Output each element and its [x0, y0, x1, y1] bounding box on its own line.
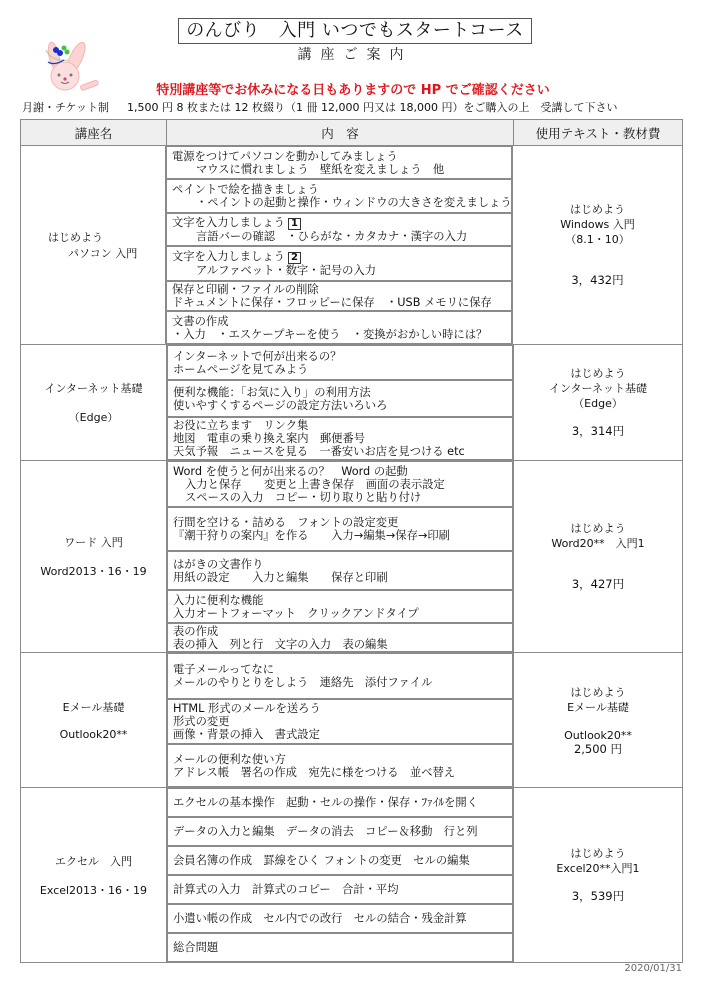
content-line: 会員名簿の作成 罫線をひく フォントの変更 セルの編集 — [173, 854, 512, 867]
content-line: 画像・背景の挿入 書式設定 — [173, 728, 512, 741]
content-line: 文字を入力しましょう1 — [172, 216, 511, 230]
content-line: HTML 形式のメールを送ろう — [173, 702, 512, 715]
material-line: （8.1・10） — [565, 232, 630, 247]
content-item: メールの便利な使い方 アドレス帳 署名の作成 宛先に様をつける 並べ替え — [167, 744, 513, 787]
material-info: はじめよう Excel20**入門1 3，539円 — [514, 788, 682, 962]
content-item: ペイントで絵を描きましょう ・ペイントの起動と操作・ウィンドウの大きさを変えまし… — [166, 179, 512, 213]
content-line: メールのやりとりをしよう 連絡先 添付ファイル — [173, 676, 512, 689]
content-line: 言語バーの確認 ・ひらがな・カタカナ・漢字の入力 — [172, 230, 511, 243]
content-line: アルファベット・数字・記号の入力 — [172, 264, 511, 277]
material-price: 3，432円 — [571, 273, 623, 288]
material-line: インターネット基礎 — [549, 381, 647, 396]
material-line: Excel20**入門1 — [556, 861, 639, 876]
material-line: はじめよう — [570, 202, 625, 217]
content-line: 表の作成 — [173, 625, 512, 638]
content-line: 天気予報 ニュースを見る 一番安いお店を見つける etc — [173, 445, 512, 458]
content-item: エクセルの基本操作 起動・セルの操作・保存・ﾌｧｲﾙを開く — [167, 788, 513, 817]
content-line: インターネットで何が出来るの？ — [173, 350, 512, 363]
course-row-word: ワード 入門 Word2013・16・19 Word を使うと何が出来るの？ W… — [21, 461, 682, 653]
content-item: 行間を空ける・詰める フォントの設定変更 『潮干狩りの案内』を作る 入力→編集→… — [167, 507, 513, 551]
material-price: 3，539円 — [572, 889, 624, 904]
course-name-line: ワード 入門 — [64, 534, 123, 550]
material-price: 3，314円 — [572, 424, 624, 439]
page-subtitle: 講座ご案内 — [178, 44, 532, 64]
content-line: 入力に便利な機能 — [173, 594, 512, 607]
material-price: 2,500 円 — [574, 743, 622, 755]
course-row-pc: はじめよう パソコン 入門 電源をつけてパソコンを動かしてみましょう マウスに慣… — [21, 146, 682, 345]
material-price: 3，427円 — [572, 577, 624, 592]
course-name-line: Word2013・16・19 — [40, 563, 146, 579]
content-item: 会員名簿の作成 罫線をひく フォントの変更 セルの編集 — [167, 846, 513, 875]
content-line: ・入力 ・エスケープキーを使う ・変換がおかしい時には？ — [172, 328, 511, 341]
content-item: 文字を入力しましょう2 アルファベット・数字・記号の入力 — [166, 246, 512, 281]
content-line: 用紙の設定 入力と編集 保存と印刷 — [173, 571, 512, 584]
content-line: 小遣い帳の作成 セル内での改行 セルの結合・残金計算 — [173, 912, 512, 925]
content-line: 文書の作成 — [172, 315, 511, 328]
course-name-line: Excel2013・16・19 — [40, 882, 147, 898]
content-item: はがきの文書作り 用紙の設定 入力と編集 保存と印刷 — [167, 551, 513, 590]
content-line: ・ペイントの起動と操作・ウィンドウの大きさを変えましょう — [172, 196, 511, 209]
course-name: はじめよう パソコン 入門 — [21, 146, 166, 344]
content-item: データの入力と編集 データの消去 コピー＆移動 行と列 — [167, 817, 513, 846]
content-line: マウスに慣れましょう 壁紙を変えましょう 他 — [172, 163, 511, 176]
content-line: 使いやすくするページの設定方法いろいろ — [173, 399, 512, 412]
closure-notice: 特別講座等でお休みになる日もありますので HP でご確認ください — [0, 79, 706, 98]
content-item: 表の作成 表の挿入 列と行 文字の入力 表の編集 — [167, 623, 513, 652]
content-line: 電子メールってなに — [173, 663, 512, 676]
course-name-line: はじめよう — [48, 229, 103, 245]
content-line: 地図 電車の乗り換え案内 郵便番号 — [173, 432, 512, 445]
content-item: 計算式の入力 計算式のコピー 合計・平均 — [167, 875, 513, 904]
material-info: はじめよう インターネット基礎 （Edge） 3，314円 — [514, 345, 682, 460]
content-line: 計算式の入力 計算式のコピー 合計・平均 — [173, 883, 512, 896]
pricing-text: 1,500 円 8 枚または 12 枚綴り（1 冊 12,000 円又は 18,… — [127, 101, 617, 114]
content-line: 行間を空ける・詰める フォントの設定変更 — [173, 516, 512, 529]
content-item: 入力に便利な機能 入力オートフォーマット クリックアンドタイプ — [167, 590, 513, 623]
content-line: 文字を入力しましょう2 — [172, 250, 511, 264]
content-line: 電源をつけてパソコンを動かしてみましょう — [172, 150, 511, 163]
content-line: 総合問題 — [173, 941, 512, 954]
content-item: 総合問題 — [167, 933, 513, 962]
content-line: 保存と印刷・ファイルの削除 — [172, 283, 511, 296]
content-line: はがきの文書作り — [173, 558, 512, 571]
course-contents: 電源をつけてパソコンを動かしてみましょう マウスに慣れましょう 壁紙を変えましょ… — [166, 146, 513, 344]
course-name-line: （Edge） — [69, 409, 119, 425]
course-name: エクセル 入門 Excel2013・16・19 — [21, 788, 167, 962]
course-name-line: Eメール基礎 — [63, 699, 125, 715]
course-name-line: パソコン 入門 — [48, 245, 137, 261]
content-item: HTML 形式のメールを送ろう 形式の変更 画像・背景の挿入 書式設定 — [167, 699, 513, 744]
content-line-text: 文字を入力しましょう — [172, 250, 285, 263]
course-name-line: エクセル 入門 — [55, 853, 132, 869]
course-name-line: インターネット基礎 — [44, 380, 142, 396]
content-line: お役に立ちます リンク集 — [173, 419, 512, 432]
content-line: 『潮干狩りの案内』を作る 入力→編集→保存→印刷 — [173, 529, 512, 542]
material-info: はじめよう Word20** 入門1 3，427円 — [514, 461, 682, 652]
content-line-text: 文字を入力しましょう — [172, 216, 285, 229]
material-info: はじめよう Eメール基礎 Outlook20** 2,500 円 — [514, 653, 682, 787]
material-line: はじめよう — [571, 685, 626, 700]
material-line: Windows 入門 — [560, 217, 635, 232]
course-name: ワード 入門 Word2013・16・19 — [21, 461, 167, 652]
content-line: ペイントで絵を描きましょう — [172, 183, 511, 196]
content-item: 保存と印刷・ファイルの削除 ドキュメントに保存・フロッピーに保存 ・USB メモ… — [166, 281, 512, 311]
content-item: 便利な機能：「お気に入り」の利用方法 使いやすくするページの設定方法いろいろ — [167, 380, 513, 417]
content-line: アドレス帳 署名の作成 宛先に様をつける 並べ替え — [173, 766, 512, 779]
content-line: 入力オートフォーマット クリックアンドタイプ — [173, 607, 512, 620]
column-header-course: 講座名 — [21, 120, 167, 145]
content-line: ドキュメントに保存・フロッピーに保存 ・USB メモリに保存 — [172, 296, 511, 309]
content-line: ホームページを見てみよう — [173, 363, 512, 376]
material-line: はじめよう — [571, 846, 626, 861]
course-table: 講座名 内 容 使用テキスト・教材費 はじめよう パソコン 入門 電源をつけてパ… — [20, 119, 683, 963]
course-name: インターネット基礎 （Edge） — [21, 345, 167, 460]
column-header-content: 内 容 — [167, 120, 514, 145]
content-line: データの入力と編集 データの消去 コピー＆移動 行と列 — [173, 825, 512, 838]
content-item: 小遣い帳の作成 セル内での改行 セルの結合・残金計算 — [167, 904, 513, 933]
content-item: 電子メールってなに メールのやりとりをしよう 連絡先 添付ファイル — [167, 653, 513, 699]
material-info: はじめよう Windows 入門 （8.1・10） 3，432円 — [513, 146, 682, 344]
content-line: メールの便利な使い方 — [173, 753, 512, 766]
content-line: 便利な機能：「お気に入り」の利用方法 — [173, 386, 512, 399]
material-line: （Edge） — [573, 396, 623, 411]
content-item: 文字を入力しましょう1 言語バーの確認 ・ひらがな・カタカナ・漢字の入力 — [166, 213, 512, 246]
course-row-email: Eメール基礎 Outlook20** 電子メールってなに メールのやりとりをしよ… — [21, 653, 682, 788]
content-line: 形式の変更 — [173, 715, 512, 728]
content-item: Word を使うと何が出来るの？ Word の起動 入力と保存 変更と上書き保存… — [167, 461, 513, 507]
document-date: 2020/01/31 — [624, 963, 682, 974]
step-number-badge: 2 — [288, 252, 301, 264]
content-item: 文書の作成 ・入力 ・エスケープキーを使う ・変換がおかしい時には？ — [166, 311, 512, 344]
course-row-excel: エクセル 入門 Excel2013・16・19 エクセルの基本操作 起動・セルの… — [21, 788, 682, 962]
material-line: Eメール基礎 — [567, 700, 629, 715]
course-contents: Word を使うと何が出来るの？ Word の起動 入力と保存 変更と上書き保存… — [167, 461, 514, 652]
content-line: エクセルの基本操作 起動・セルの操作・保存・ﾌｧｲﾙを開く — [173, 796, 512, 809]
pricing-label: 月謝・チケット制 — [22, 101, 109, 114]
content-item: 電源をつけてパソコンを動かしてみましょう マウスに慣れましょう 壁紙を変えましょ… — [166, 146, 512, 179]
course-contents: エクセルの基本操作 起動・セルの操作・保存・ﾌｧｲﾙを開く データの入力と編集 … — [167, 788, 514, 962]
course-contents: インターネットで何が出来るの？ ホームページを見てみよう 便利な機能：「お気に入… — [167, 345, 514, 460]
material-line: はじめよう — [571, 521, 626, 536]
step-number-badge: 1 — [288, 218, 301, 230]
content-line: 入力と保存 変更と上書き保存 画面の表示設定 — [173, 478, 512, 491]
content-item: お役に立ちます リンク集 地図 電車の乗り換え案内 郵便番号 天気予報 ニュース… — [167, 417, 513, 460]
material-line: Outlook20** — [564, 728, 632, 743]
content-line: Word を使うと何が出来るの？ Word の起動 — [173, 465, 512, 478]
table-header: 講座名 内 容 使用テキスト・教材費 — [21, 120, 682, 146]
pricing-info: 月謝・チケット制1,500 円 8 枚または 12 枚綴り（1 冊 12,000… — [22, 99, 617, 115]
material-line: Word20** 入門1 — [551, 536, 644, 551]
course-name-line: Outlook20** — [60, 728, 128, 741]
column-header-material: 使用テキスト・教材費 — [514, 120, 682, 145]
course-name: Eメール基礎 Outlook20** — [21, 653, 167, 787]
course-row-internet: インターネット基礎 （Edge） インターネットで何が出来るの？ ホームページを… — [21, 345, 682, 461]
content-line: スペースの入力 コピー・切り取りと貼り付け — [173, 491, 512, 504]
course-contents: 電子メールってなに メールのやりとりをしよう 連絡先 添付ファイル HTML 形… — [167, 653, 514, 787]
page-title: のんびり 入門 いつでもスタートコース — [178, 18, 532, 44]
content-line: 表の挿入 列と行 文字の入力 表の編集 — [173, 638, 512, 651]
material-line: はじめよう — [571, 366, 626, 381]
content-item: インターネットで何が出来るの？ ホームページを見てみよう — [167, 345, 513, 380]
